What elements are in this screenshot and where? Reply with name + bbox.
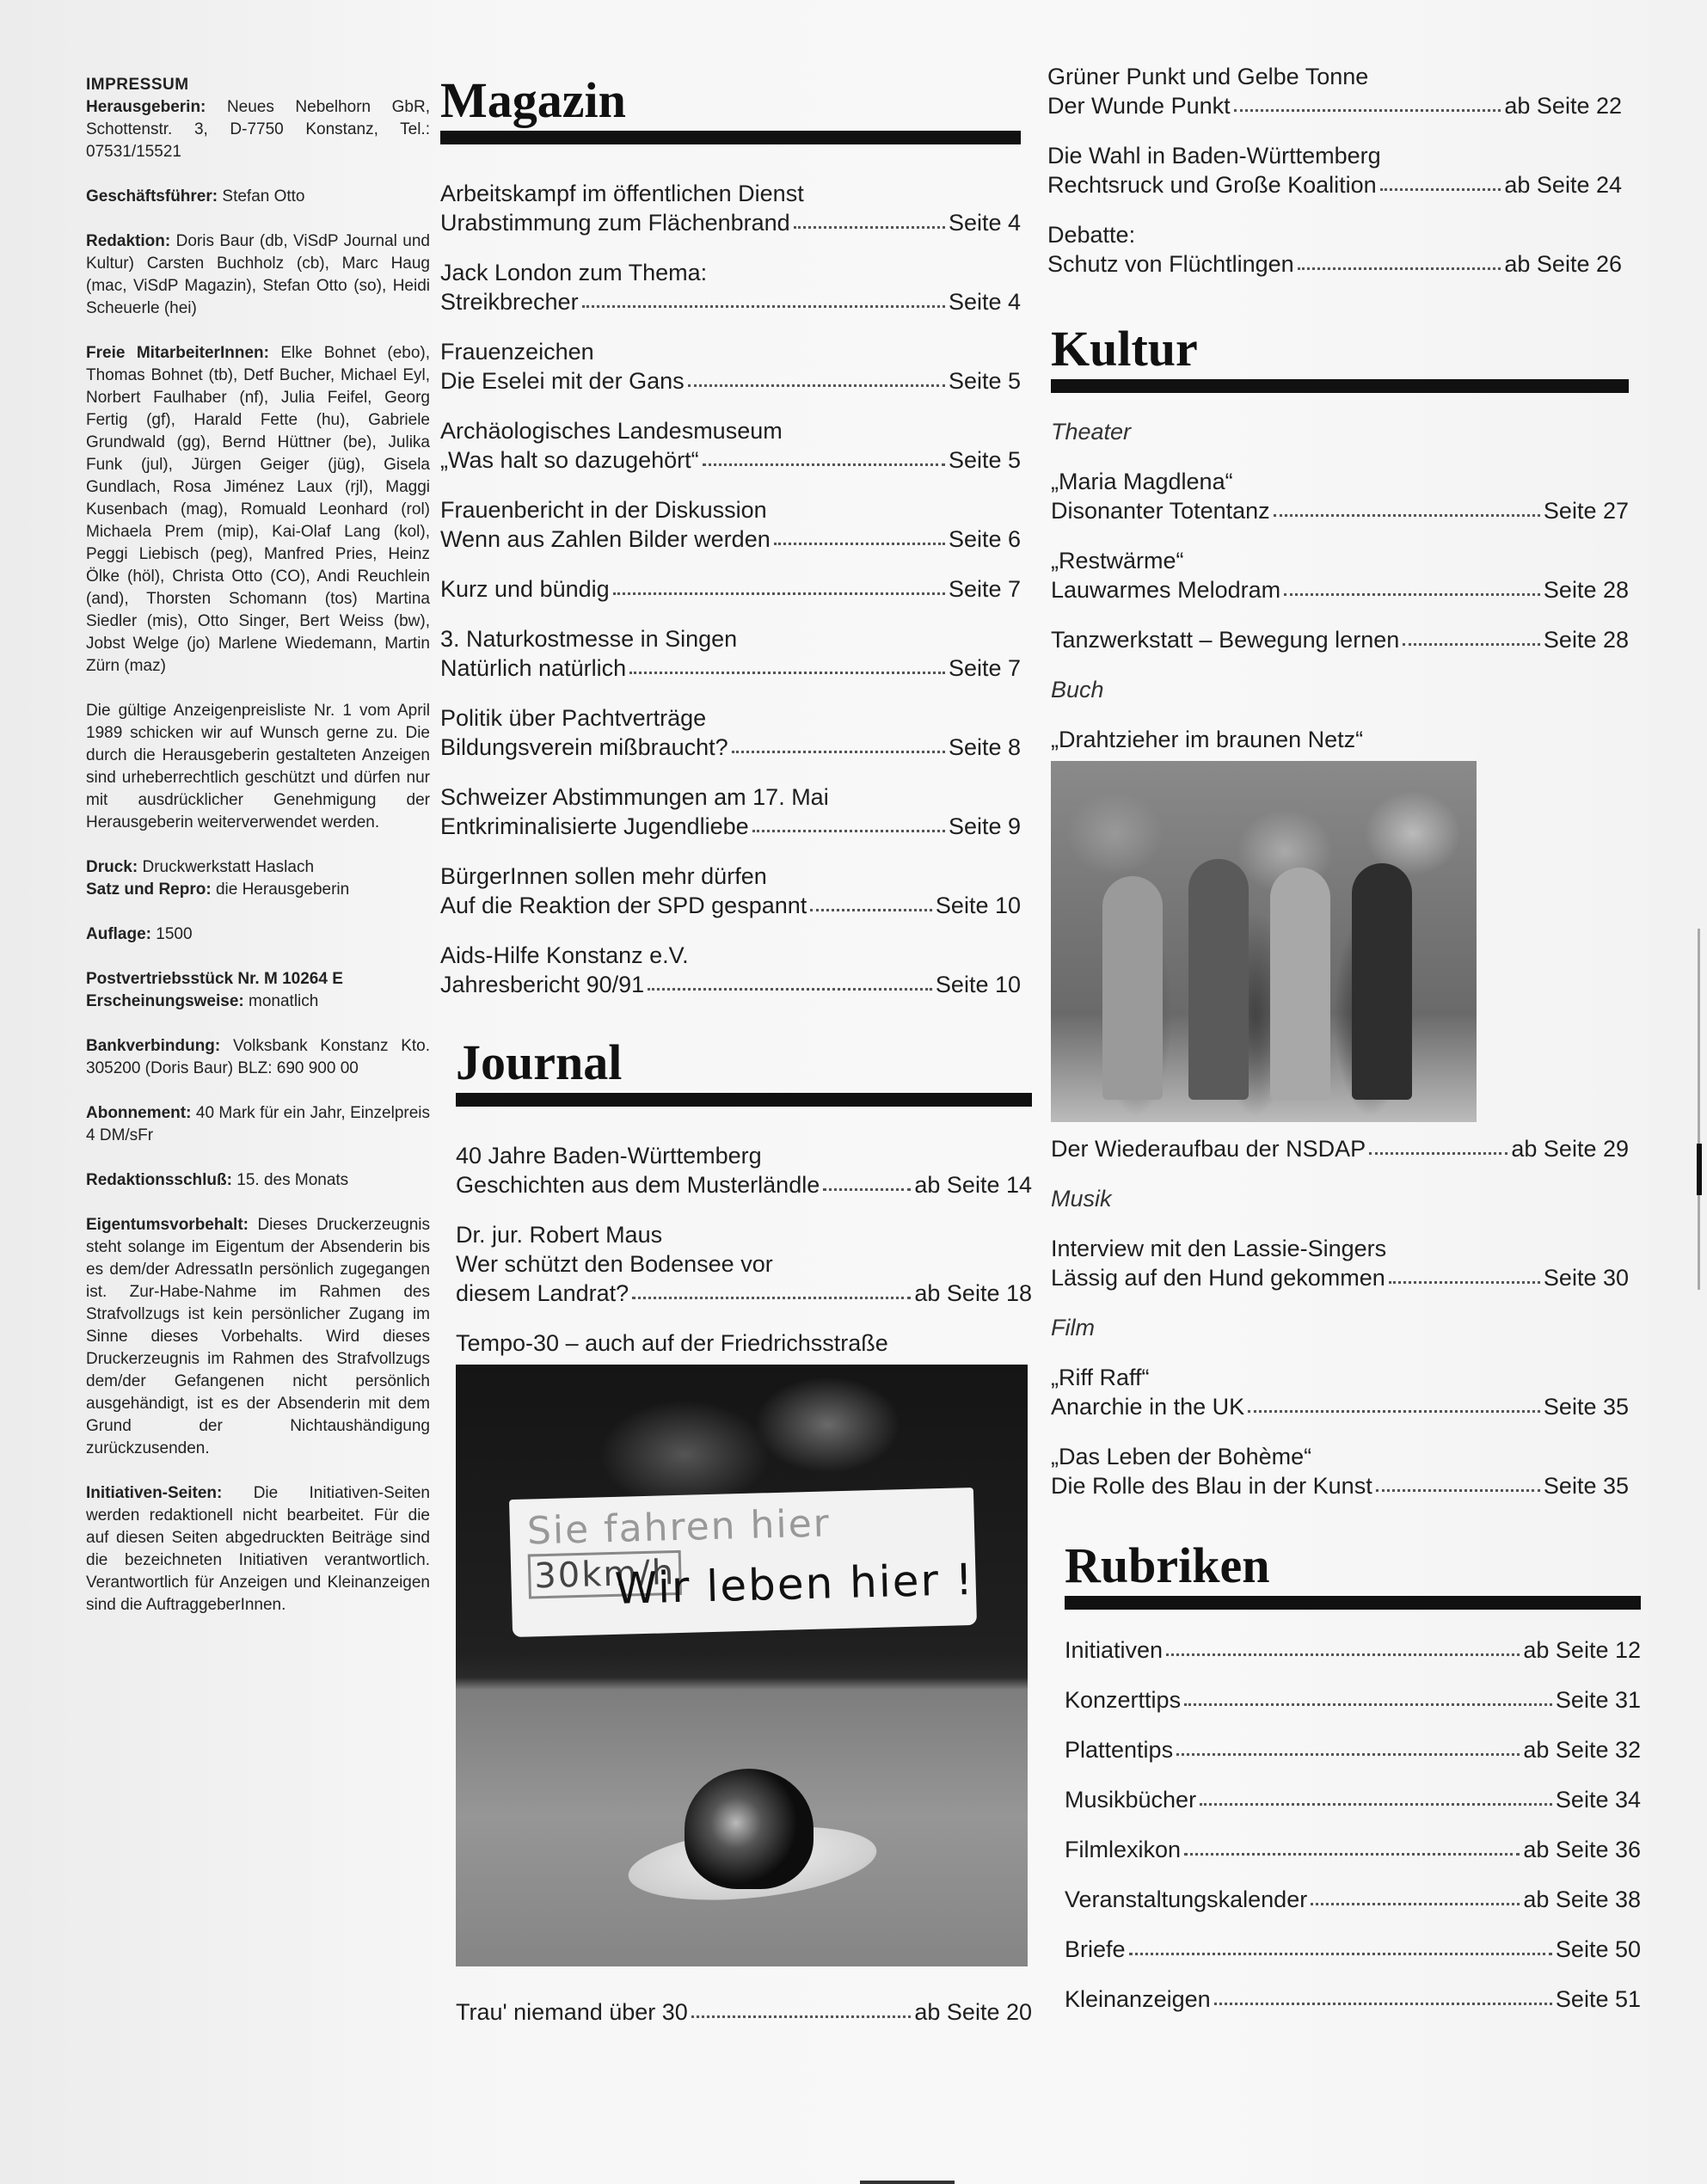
toc-kicker: 40 Jahre Baden-Württemberg: [456, 1141, 1032, 1170]
toc-title: Initiativen: [1065, 1635, 1163, 1665]
toc-page: ab Seite 36: [1523, 1835, 1641, 1864]
toc-entry[interactable]: Veranstaltungskalenderab Seite 38: [1065, 1885, 1641, 1914]
toc-kicker: Schweizer Abstimmungen am 17. Mai: [440, 782, 1021, 812]
toc-kicker: „Maria Magdlena“: [1051, 467, 1629, 496]
toc-page: Seite 7: [949, 574, 1021, 604]
snail-image: [628, 1769, 912, 1889]
toc-title: Bildungsverein mißbraucht?: [440, 733, 728, 762]
toc-title: Die Eselei mit der Gans: [440, 366, 685, 396]
toc-page: Seite 7: [949, 653, 1021, 683]
leader-dots: [1403, 641, 1540, 646]
toc-kicker: Arbeitskampf im öffentlichen Dienst: [440, 179, 1021, 208]
journal-section: Journal 40 Jahre Baden-Württemberg Gesch…: [456, 1036, 1032, 2047]
toc-kicker: „Restwärme“: [1051, 546, 1629, 575]
toc-title: Der Wiederaufbau der NSDAP: [1051, 1134, 1366, 1163]
impressum-label: Satz und Repro:: [86, 880, 212, 899]
toc-entry[interactable]: „Riff Raff“ Anarchie in the UKSeite 35: [1051, 1363, 1629, 1421]
crowd-photo: [1051, 761, 1477, 1122]
leader-dots: [629, 669, 945, 674]
toc-page: ab Seite 32: [1523, 1735, 1641, 1764]
toc-entry[interactable]: BürgerInnen sollen mehr dürfen Auf die R…: [440, 862, 1021, 920]
toc-kicker: Debatte:: [1047, 220, 1622, 249]
toc-page: ab Seite 29: [1511, 1134, 1629, 1163]
toc-title: Urabstimmung zum Flächenbrand: [440, 208, 790, 237]
impressum-text: Stefan Otto: [222, 187, 304, 206]
toc-page: Seite 10: [936, 891, 1021, 920]
toc-title: Konzerttips: [1065, 1685, 1181, 1715]
toc-title: Tanzwerkstatt – Bewegung lernen: [1051, 625, 1399, 654]
toc-entry[interactable]: Filmlexikonab Seite 36: [1065, 1835, 1641, 1864]
toc-kicker: Politik über Pachtverträge: [440, 703, 1021, 733]
impressum-text: Die Initiativen-Seiten werden redaktione…: [86, 1484, 430, 1614]
toc-entry[interactable]: BriefeSeite 50: [1065, 1935, 1641, 1964]
person-figure: [1188, 859, 1249, 1100]
toc-page: Seite 8: [949, 733, 1021, 762]
impressum-text: Die gültige Anzeigenpreisliste Nr. 1 vom…: [86, 702, 430, 831]
toc-page: ab Seite 14: [914, 1170, 1032, 1199]
impressum-label: Geschäftsführer:: [86, 187, 218, 206]
section-heading-magazin: Magazin: [440, 74, 1021, 127]
toc-entry[interactable]: „Restwärme“ Lauwarmes MelodramSeite 28: [1051, 546, 1629, 604]
toc-title: Anarchie in the UK: [1051, 1392, 1244, 1421]
leader-dots: [752, 827, 945, 832]
section-rule: [440, 131, 1021, 144]
impressum-text: 15. des Monats: [236, 1171, 348, 1189]
toc-page: Seite 10: [936, 970, 1021, 999]
toc-kicker: Wer schützt den Bodensee vor: [456, 1249, 1032, 1279]
toc-entry[interactable]: Dr. jur. Robert Maus Wer schützt den Bod…: [456, 1220, 1032, 1308]
leader-dots: [582, 303, 945, 308]
person-figure: [1102, 876, 1163, 1100]
toc-page: Seite 6: [949, 525, 1021, 554]
toc-title: Wenn aus Zahlen Bilder werden: [440, 525, 771, 554]
impressum-label: Initiativen-Seiten:: [86, 1484, 222, 1502]
impressum-column: IMPRESSUM Herausgeberin: Neues Nebelhorn…: [86, 74, 430, 1639]
leader-dots: [810, 906, 932, 911]
impressum-text: Dieses Druckerzeugnis steht solange im E…: [86, 1216, 430, 1457]
toc-entry[interactable]: Plattentipsab Seite 32: [1065, 1735, 1641, 1764]
toc-title: Kurz und bündig: [440, 574, 610, 604]
leader-dots: [1214, 2000, 1552, 2005]
toc-page: Seite 28: [1544, 625, 1629, 654]
toc-kicker: Aids-Hilfe Konstanz e.V.: [440, 941, 1021, 970]
toc-page: Seite 50: [1556, 1935, 1641, 1964]
toc-entry[interactable]: Politik über Pachtverträge Bildungsverei…: [440, 703, 1021, 762]
toc-page: ab Seite 38: [1523, 1885, 1641, 1914]
toc-entry[interactable]: Initiativenab Seite 12: [1065, 1635, 1641, 1665]
subsection-label-film: Film: [1051, 1313, 1629, 1342]
toc-entry[interactable]: 40 Jahre Baden-Württemberg Geschichten a…: [456, 1141, 1032, 1199]
toc-page: ab Seite 24: [1504, 170, 1622, 199]
leader-dots: [691, 2013, 912, 2018]
toc-title: Kleinanzeigen: [1065, 1985, 1211, 2014]
toc-title: Die Rolle des Blau in der Kunst: [1051, 1471, 1372, 1500]
leader-dots: [732, 748, 945, 753]
toc-title: Plattentips: [1065, 1735, 1173, 1764]
toc-entry[interactable]: Grüner Punkt und Gelbe Tonne Der Wunde P…: [1047, 62, 1622, 120]
leader-dots: [794, 224, 945, 229]
toc-page: ab Seite 18: [914, 1279, 1032, 1308]
impressum-title: IMPRESSUM: [86, 74, 430, 96]
leader-dots: [1376, 1487, 1540, 1492]
leader-dots: [613, 590, 945, 595]
toc-kicker: Archäologisches Landesmuseum: [440, 416, 1021, 445]
toc-entry[interactable]: Trau' niemand über 30ab Seite 20: [456, 1997, 1032, 2027]
toc-page: Seite 27: [1544, 496, 1629, 525]
impressum-label: Redaktionsschluß:: [86, 1171, 232, 1189]
banner-text: Wir leben hier !: [614, 1555, 975, 1614]
leader-dots: [1200, 1801, 1552, 1806]
leader-dots: [1380, 186, 1501, 191]
toc-entry[interactable]: KonzerttipsSeite 31: [1065, 1685, 1641, 1715]
toc-title: Der Wunde Punkt: [1047, 91, 1231, 120]
toc-title: Natürlich natürlich: [440, 653, 626, 683]
leader-dots: [1369, 1150, 1507, 1155]
toc-entry[interactable]: Jack London zum Thema: StreikbrecherSeit…: [440, 258, 1021, 316]
toc-entry[interactable]: Frauenbericht in der Diskussion Wenn aus…: [440, 495, 1021, 554]
toc-entry[interactable]: „Das Leben der Bohème“ Die Rolle des Bla…: [1051, 1442, 1629, 1500]
subsection-label-buch: Buch: [1051, 675, 1629, 704]
leader-dots: [774, 540, 945, 545]
impressum-label: Erscheinungsweise:: [86, 992, 244, 1010]
impressum-label: Freie MitarbeiterInnen:: [86, 344, 269, 362]
section-rule: [1065, 1596, 1641, 1610]
toc-page: Seite 5: [949, 445, 1021, 475]
rubriken-section: Rubriken Initiativenab Seite 12 Konzertt…: [1065, 1539, 1641, 2034]
leader-dots: [1129, 1950, 1552, 1955]
scan-bottom-mark: [860, 2181, 955, 2184]
toc-title: Jahresbericht 90/91: [440, 970, 644, 999]
toc-page: Seite 31: [1556, 1685, 1641, 1715]
toc-title: Veranstaltungskalender: [1065, 1885, 1307, 1914]
toc-page: Seite 34: [1556, 1785, 1641, 1814]
photo-intro: Tempo-30 – auch auf der Friedrichsstraße: [456, 1328, 1032, 1358]
toc-entry[interactable]: Tanzwerkstatt – Bewegung lernenSeite 28: [1051, 625, 1629, 654]
toc-title: Briefe: [1065, 1935, 1126, 1964]
toc-title: Rechtsruck und Große Koalition: [1047, 170, 1377, 199]
toc-title: Lässig auf den Hund gekommen: [1051, 1263, 1385, 1292]
toc-entry[interactable]: Kurz und bündigSeite 7: [440, 574, 1021, 604]
section-rule: [1051, 379, 1629, 393]
toc-title: Trau' niemand über 30: [456, 1997, 688, 2027]
toc-kicker: Frauenbericht in der Diskussion: [440, 495, 1021, 525]
subsection-label-musik: Musik: [1051, 1184, 1629, 1213]
banner-text: Sie fahren hier: [526, 1501, 831, 1553]
section-rule: [456, 1093, 1032, 1107]
impressum-label: Abonnement:: [86, 1104, 191, 1122]
toc-entry[interactable]: Archäologisches Landesmuseum „Was halt s…: [440, 416, 1021, 475]
leader-dots: [1274, 512, 1540, 517]
kultur-section: Kultur Theater „Maria Magdlena“ Disonant…: [1051, 322, 1629, 1521]
subsection-label-theater: Theater: [1051, 417, 1629, 446]
leader-dots: [1248, 1408, 1540, 1413]
impressum-label: Herausgeberin:: [86, 98, 206, 116]
scan-edge-mark: [1697, 1144, 1702, 1195]
toc-title: Disonanter Totentanz: [1051, 496, 1270, 525]
toc-page: ab Seite 22: [1504, 91, 1622, 120]
section-heading-kultur: Kultur: [1051, 322, 1629, 376]
toc-title: Filmlexikon: [1065, 1835, 1181, 1864]
impressum-label: Druck:: [86, 858, 138, 876]
tempo30-protest-photo: Sie fahren hier 30km/h Wir leben hier !: [456, 1365, 1028, 1966]
impressum-text: Druckwerkstatt Haslach: [142, 858, 314, 876]
toc-entry[interactable]: „Drahtzieher im braunen Netz“: [1051, 725, 1629, 754]
toc-page: Seite 9: [949, 812, 1021, 841]
impressum-label: Redaktion:: [86, 232, 170, 250]
impressum-text: monatlich: [249, 992, 318, 1010]
toc-page: Seite 5: [949, 366, 1021, 396]
toc-entry[interactable]: Schweizer Abstimmungen am 17. Mai Entkri…: [440, 782, 1021, 841]
toc-kicker: Jack London zum Thema:: [440, 258, 1021, 287]
toc-kicker: Interview mit den Lassie-Singers: [1051, 1234, 1629, 1263]
toc-page: Seite 4: [949, 287, 1021, 316]
toc-entry[interactable]: Aids-Hilfe Konstanz e.V. Jahresbericht 9…: [440, 941, 1021, 999]
leader-dots: [688, 382, 945, 387]
toc-kicker: „Riff Raff“: [1051, 1363, 1629, 1392]
impressum-text: die Herausgeberin: [216, 880, 349, 899]
toc-title: diesem Landrat?: [456, 1279, 629, 1308]
leader-dots: [1298, 265, 1501, 270]
leader-dots: [1311, 1900, 1520, 1905]
person-figure: [1352, 863, 1412, 1100]
leader-dots: [1284, 591, 1540, 596]
toc-entry[interactable]: KleinanzeigenSeite 51: [1065, 1985, 1641, 2014]
impressum-label: Postvertriebsstück Nr. M 10264 E: [86, 970, 343, 988]
toc-page: Seite 35: [1544, 1392, 1629, 1421]
leader-dots: [703, 461, 945, 466]
toc-title: Auf die Reaktion der SPD gespannt: [440, 891, 807, 920]
toc-kicker: Grüner Punkt und Gelbe Tonne: [1047, 62, 1622, 91]
toc-page: ab Seite 26: [1504, 249, 1622, 279]
toc-kicker: 3. Naturkostmesse in Singen: [440, 624, 1021, 653]
toc-entry[interactable]: MusikbücherSeite 34: [1065, 1785, 1641, 1814]
toc-page: Seite 35: [1544, 1471, 1629, 1500]
section-heading-journal: Journal: [456, 1036, 1032, 1089]
leader-dots: [1176, 1751, 1520, 1756]
person-figure: [1270, 868, 1330, 1100]
toc-entry[interactable]: Frauenzeichen Die Eselei mit der GansSei…: [440, 337, 1021, 396]
impressum-label: Auflage:: [86, 925, 151, 943]
journal-continued: Grüner Punkt und Gelbe Tonne Der Wunde P…: [1047, 62, 1622, 299]
toc-title: Entkriminalisierte Jugendliebe: [440, 812, 749, 841]
leader-dots: [1184, 1701, 1552, 1706]
toc-title: „Was halt so dazugehört“: [440, 445, 699, 475]
toc-entry[interactable]: 3. Naturkostmesse in Singen Natürlich na…: [440, 624, 1021, 683]
toc-title: Musikbücher: [1065, 1785, 1196, 1814]
toc-page: Seite 4: [949, 208, 1021, 237]
section-heading-rubriken: Rubriken: [1065, 1539, 1641, 1592]
leader-dots: [1184, 1850, 1520, 1856]
leader-dots: [1234, 107, 1501, 112]
toc-title: Geschichten aus dem Musterländle: [456, 1170, 820, 1199]
toc-page: Seite 28: [1544, 575, 1629, 604]
scan-edge-line: [1698, 929, 1700, 1290]
toc-title: Lauwarmes Melodram: [1051, 575, 1280, 604]
leader-dots: [648, 985, 932, 991]
impressum-text: 1500: [156, 925, 192, 943]
toc-entry[interactable]: Die Wahl in Baden-Württemberg Rechtsruck…: [1047, 141, 1622, 199]
toc-kicker: BürgerInnen sollen mehr dürfen: [440, 862, 1021, 891]
leader-dots: [1166, 1651, 1520, 1656]
toc-title: Schutz von Flüchtlingen: [1047, 249, 1294, 279]
toc-kicker: „Das Leben der Bohème“: [1051, 1442, 1629, 1471]
impressum-label: Bankverbindung:: [86, 1037, 220, 1055]
toc-page: ab Seite 12: [1523, 1635, 1641, 1665]
toc-entry[interactable]: Debatte: Schutz von Flüchtlingenab Seite…: [1047, 220, 1622, 279]
leader-dots: [823, 1186, 911, 1191]
protest-banner: Sie fahren hier 30km/h Wir leben hier !: [509, 1488, 977, 1637]
toc-kicker: Frauenzeichen: [440, 337, 1021, 366]
toc-kicker: „Drahtzieher im braunen Netz“: [1051, 725, 1629, 754]
toc-entry[interactable]: Interview mit den Lassie-Singers Lässig …: [1051, 1234, 1629, 1292]
impressum-text: Elke Bohnet (ebo), Thomas Bohnet (tb), D…: [86, 344, 430, 675]
toc-entry[interactable]: „Maria Magdlena“ Disonanter TotentanzSei…: [1051, 467, 1629, 525]
toc-kicker: Die Wahl in Baden-Württemberg: [1047, 141, 1622, 170]
magazine-toc-page: IMPRESSUM Herausgeberin: Neues Nebelhorn…: [0, 0, 1707, 2184]
toc-page: Seite 51: [1556, 1985, 1641, 2014]
leader-dots: [1389, 1279, 1540, 1284]
toc-kicker: Dr. jur. Robert Maus: [456, 1220, 1032, 1249]
toc-title: Streikbrecher: [440, 287, 579, 316]
leader-dots: [632, 1294, 911, 1299]
impressum-label: Eigentumsvorbehalt:: [86, 1216, 249, 1234]
magazin-section: Magazin Arbeitskampf im öffentlichen Die…: [440, 74, 1021, 1020]
toc-entry[interactable]: Der Wiederaufbau der NSDAPab Seite 29: [1051, 1134, 1629, 1163]
toc-page: ab Seite 20: [914, 1997, 1032, 2027]
toc-entry[interactable]: Tempo-30 – auch auf der Friedrichsstraße: [456, 1328, 1032, 1358]
toc-entry[interactable]: Arbeitskampf im öffentlichen Dienst Urab…: [440, 179, 1021, 237]
toc-page: Seite 30: [1544, 1263, 1629, 1292]
